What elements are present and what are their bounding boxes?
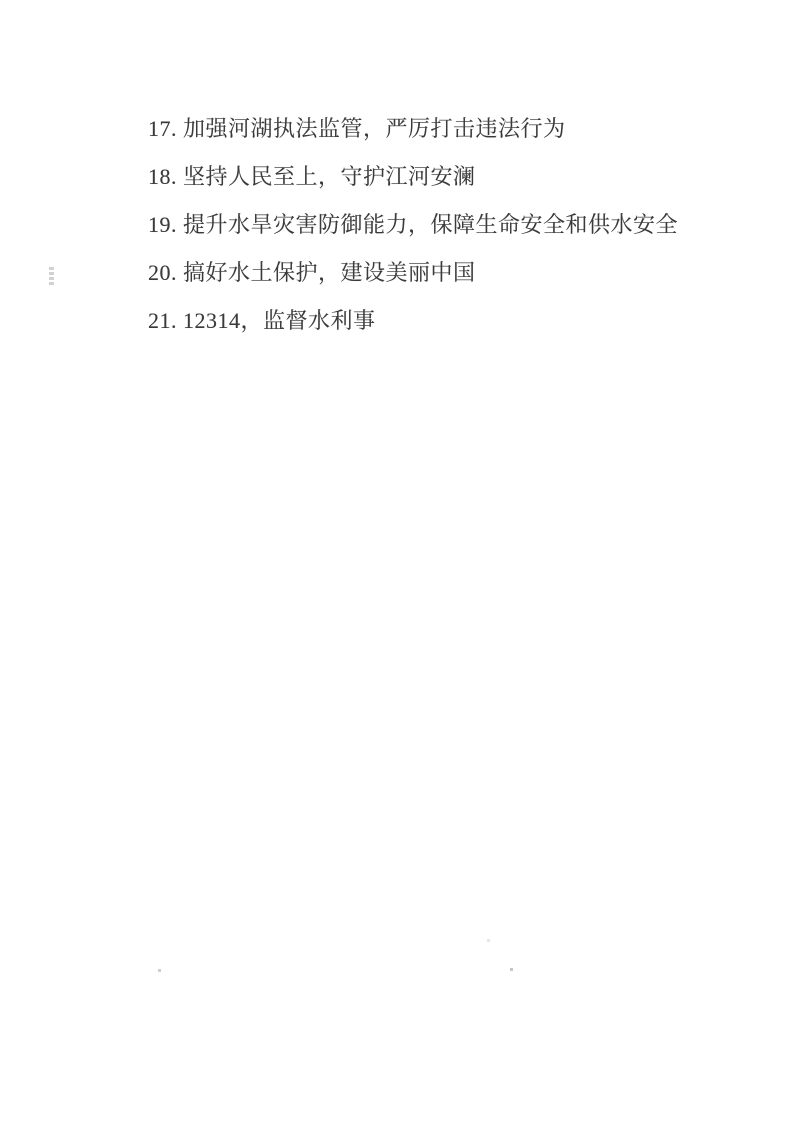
list-item: 20.搞好水土保护，建设美丽中国 xyxy=(148,249,708,297)
item-number: 18. xyxy=(148,153,177,201)
item-text: 加强河湖执法监管，严厉打击违法行为 xyxy=(183,116,566,141)
item-number: 21. xyxy=(148,297,177,345)
list-item: 17.加强河湖执法监管，严厉打击违法行为 xyxy=(148,105,708,153)
list-item: 21.12314，监督水利事 xyxy=(148,297,708,345)
item-number: 20. xyxy=(148,249,177,297)
item-number: 17. xyxy=(148,105,177,153)
scan-speck xyxy=(510,968,513,971)
item-text: 搞好水土保护，建设美丽中国 xyxy=(183,260,476,285)
list-item: 18.坚持人民至上，守护江河安澜 xyxy=(148,153,708,201)
scan-smudge xyxy=(49,267,54,287)
scan-speck xyxy=(158,969,161,972)
item-text: 坚持人民至上，守护江河安澜 xyxy=(183,164,476,189)
scan-speck xyxy=(487,939,490,942)
item-text: 提升水旱灾害防御能力，保障生命安全和供水安全 xyxy=(183,212,678,237)
list-item: 19.提升水旱灾害防御能力，保障生命安全和供水安全 xyxy=(148,201,708,249)
item-number: 19. xyxy=(148,201,177,249)
item-text: 12314，监督水利事 xyxy=(183,308,376,333)
numbered-list: 17.加强河湖执法监管，严厉打击违法行为 18.坚持人民至上，守护江河安澜 19… xyxy=(148,105,708,345)
scanned-document-page: 17.加强河湖执法监管，严厉打击违法行为 18.坚持人民至上，守护江河安澜 19… xyxy=(0,0,793,1122)
